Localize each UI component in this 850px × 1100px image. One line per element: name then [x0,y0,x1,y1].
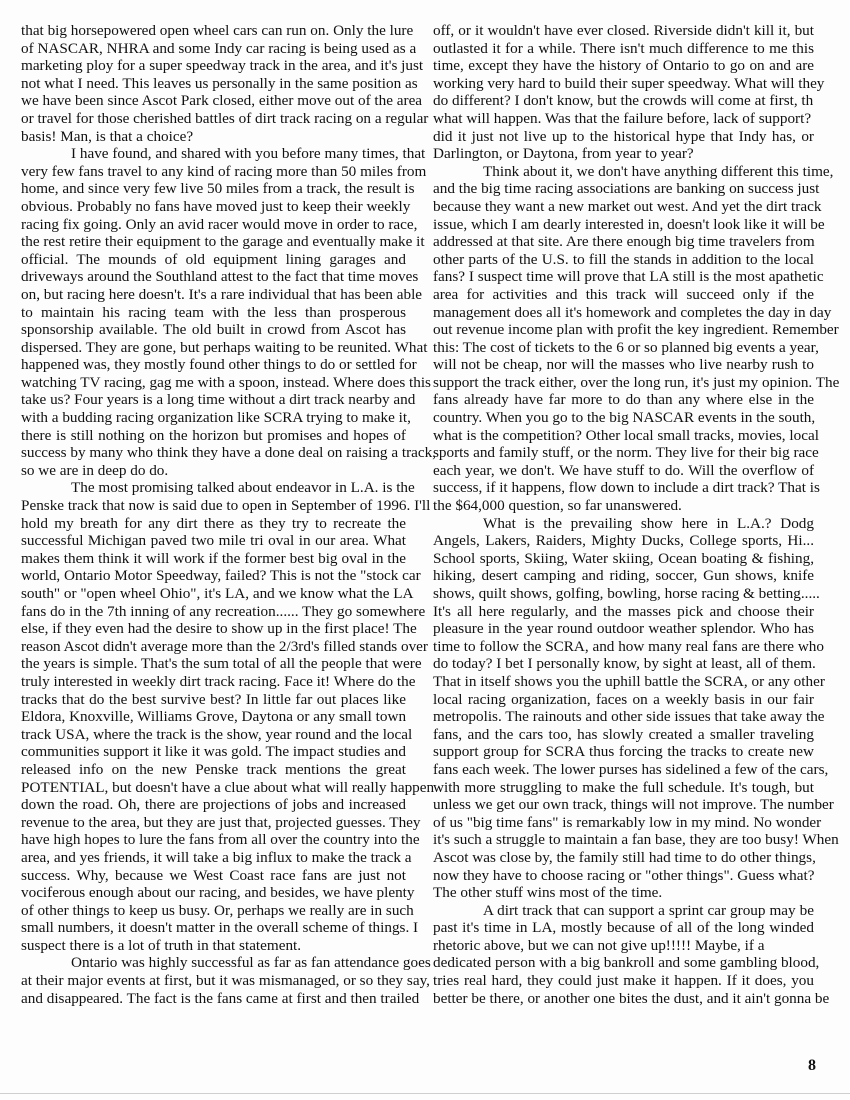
text-line: other parts of the U.S. to fill the stan… [433,251,814,269]
text-line: hold my breath for any dirt there as the… [21,515,406,533]
text-line: because they want a new market out west.… [433,198,814,216]
text-line: revenue to the area, but they are just t… [21,814,406,832]
text-line: of us "big time fans" is remarkably low … [433,814,814,832]
text-line: A dirt track that can support a sprint c… [433,902,814,920]
text-line: tracks that do the best survive best? In… [21,691,406,709]
text-line: area for activities and this track will … [433,286,814,304]
text-line: official. The mounds of old equipment li… [21,251,406,269]
text-line: on, but racing here doesn't. It's a rare… [21,286,406,304]
text-line: success. Why, because we West Coast race… [21,867,406,885]
text-line: out revenue income plan with profit the … [433,321,814,339]
text-line: Think about it, we don't have anything d… [433,163,814,181]
text-line: south" or "open wheel Ohio", it's LA, an… [21,585,406,603]
text-line: off, or it wouldn't have ever closed. Ri… [433,22,814,40]
page-bottom-edge [0,1093,850,1094]
text-line: down the road. Oh, there are projections… [21,796,406,814]
text-line: POTENTIAL, but doesn't have a clue about… [21,779,406,797]
text-line: this: The cost of tickets to the 6 or so… [433,339,814,357]
text-line: shows, quilt shows, golfing, bowling, ho… [433,585,814,603]
text-line: so we are in deep do do. [21,462,406,480]
text-line: dedicated person with a big bankroll and… [433,954,814,972]
text-line: fans, and the cars too, has slowly creat… [433,726,814,744]
text-line: basis! Man, is that a choice? [21,128,406,146]
text-line: with more struggling to make the full sc… [433,779,814,797]
text-line: country. When you go to the big NASCAR e… [433,409,814,427]
text-line: time to follow the SCRA, and how many re… [433,638,814,656]
text-line: working very hard to build their super s… [433,75,814,93]
text-line: sports and family stuff, or the norm. Th… [433,444,814,462]
text-line: communities support it like it was gold.… [21,743,406,761]
right-column: off, or it wouldn't have ever closed. Ri… [433,22,814,1007]
text-line: fans do in the 7th inning of any recreat… [21,603,406,621]
text-line: I have found, and shared with you before… [21,145,406,163]
text-line: support the track either, over the long … [433,374,814,392]
text-line: take us? Four years is a long time witho… [21,391,406,409]
text-line: with a budding racing organization like … [21,409,406,427]
text-line: Ontario was highly successful as far as … [21,954,406,972]
text-line: happened was, they mostly found other th… [21,356,406,374]
text-line: small numbers, it doesn't matter in the … [21,919,406,937]
text-line: local racing organization, faces on a we… [433,691,814,709]
text-line: time, except they have the history of On… [433,57,814,75]
text-line: metropolis. The rainouts and other side … [433,708,814,726]
text-line: not what I need. This leaves us personal… [21,75,406,93]
text-line: what is the competition? Other local sma… [433,427,814,445]
text-line: reason Ascot didn't average more than th… [21,638,406,656]
text-line: Penske track that now is said due to ope… [21,497,406,515]
text-line: or travel for those cherished battles of… [21,110,406,128]
text-line: watching TV racing, gag me with a spoon,… [21,374,406,392]
text-line: Eldora, Knoxville, Williams Grove, Dayto… [21,708,406,726]
text-line: of NASCAR, NHRA and some Indy car racing… [21,40,406,58]
text-line: driveways around the Southland attest to… [21,268,406,286]
text-line: tries real hard, they could just make it… [433,972,814,990]
text-line: Ascot was close by, the family still had… [433,849,814,867]
text-line: the $64,000 question, so far unanswered. [433,497,814,515]
text-line: Angels, Lakers, Raiders, Mighty Ducks, C… [433,532,814,550]
text-line: will not be cheap, nor will the masses w… [433,356,814,374]
text-line: there is still nothing on the horizon bu… [21,427,406,445]
text-line: else, if they even had the desire to sho… [21,620,406,638]
text-line: do today? I bet I personally know, by si… [433,655,814,673]
text-line: fans already have far more to do than an… [433,391,814,409]
text-line: What is the prevailing show here in L.A.… [433,515,814,533]
text-line: better be there, or another one bites th… [433,990,814,1008]
text-line: makes them think it will work if the for… [21,550,406,568]
text-line: Darlington, or Daytona, from year to yea… [433,145,814,163]
text-line: marketing ploy for a super speedway trac… [21,57,406,75]
text-line: support group for SCRA thus forcing the … [433,743,814,761]
text-line: have high hopes to lure the fans from al… [21,831,406,849]
text-line: what will happen. Was that the failure b… [433,110,814,128]
text-line: we have been since Ascot Park closed, ei… [21,92,406,110]
text-line: The other stuff wins most of the time. [433,884,814,902]
text-line: past it's time in LA, mostly because of … [433,919,814,937]
text-line: fans each week. The lower purses has sid… [433,761,814,779]
text-line: racing fix going. Only an avid racer wou… [21,216,406,234]
text-line: truly interested in weekly dirt track ra… [21,673,406,691]
text-line: world, Ontario Motor Speedway, failed? T… [21,567,406,585]
text-line: successful Michigan paved two mile tri o… [21,532,406,550]
text-line: That in itself shows you the uphill batt… [433,673,814,691]
text-line: success by many who think they have a do… [21,444,406,462]
text-line: very few fans travel to any kind of raci… [21,163,406,181]
text-line: vociferous enough about our racing, and … [21,884,406,902]
text-line: and the big time racing associations are… [433,180,814,198]
text-line: suspect there is a lot of truth in that … [21,937,406,955]
text-line: released info on the new Penske track me… [21,761,406,779]
text-line: to maintain his racing team with the les… [21,304,406,322]
text-line: hiking, desert camping and riding, socce… [433,567,814,585]
text-line: each year, we don't. We have stuff to do… [433,462,814,480]
text-line: at their major events at first, but it w… [21,972,406,990]
text-line: sponsorship available. The old built in … [21,321,406,339]
document-page: that big horsepowered open wheel cars ca… [0,0,850,1100]
text-line: track USA, where the track is the show, … [21,726,406,744]
text-line: home, and since very few live 50 miles f… [21,180,406,198]
text-line: management does all it's homework and co… [433,304,814,322]
text-line: School sports, Skiing, Water skiing, Oce… [433,550,814,568]
text-line: of other things to keep us busy. Or, per… [21,902,406,920]
left-column: that big horsepowered open wheel cars ca… [21,22,406,1007]
text-line: now they have to choose racing or "other… [433,867,814,885]
text-line: issue, which I am dearly interested in, … [433,216,814,234]
text-line: unless we get our own track, things will… [433,796,814,814]
text-line: do different? I don't know, but the crow… [433,92,814,110]
text-line: The most promising talked about endeavor… [21,479,406,497]
text-line: rhetoric above, but we can not give up!!… [433,937,814,955]
text-line: did it just not live up to the historica… [433,128,814,146]
text-line: dispersed. They are gone, but perhaps wa… [21,339,406,357]
text-line: the years is simple. That's the sum tota… [21,655,406,673]
text-line: success, if it happens, flow down to inc… [433,479,814,497]
text-line: addressed at that site. Are there enough… [433,233,814,251]
text-line: fans? I suspect time will prove that LA … [433,268,814,286]
page-number: 8 [808,1057,816,1075]
text-line: the rest retire their equipment to the g… [21,233,406,251]
text-line: obvious. Probably no fans have moved jus… [21,198,406,216]
text-line: that big horsepowered open wheel cars ca… [21,22,406,40]
text-line: pleasure in the year round outdoor weath… [433,620,814,638]
text-line: outlasted it for a while. There isn't mu… [433,40,814,58]
text-line: and disappeared. The fact is the fans ca… [21,990,406,1008]
text-line: area, and yes friends, it will take a bi… [21,849,406,867]
text-line: it's such a struggle to maintain a fan b… [433,831,814,849]
text-line: It's all here regularly, and the masses … [433,603,814,621]
